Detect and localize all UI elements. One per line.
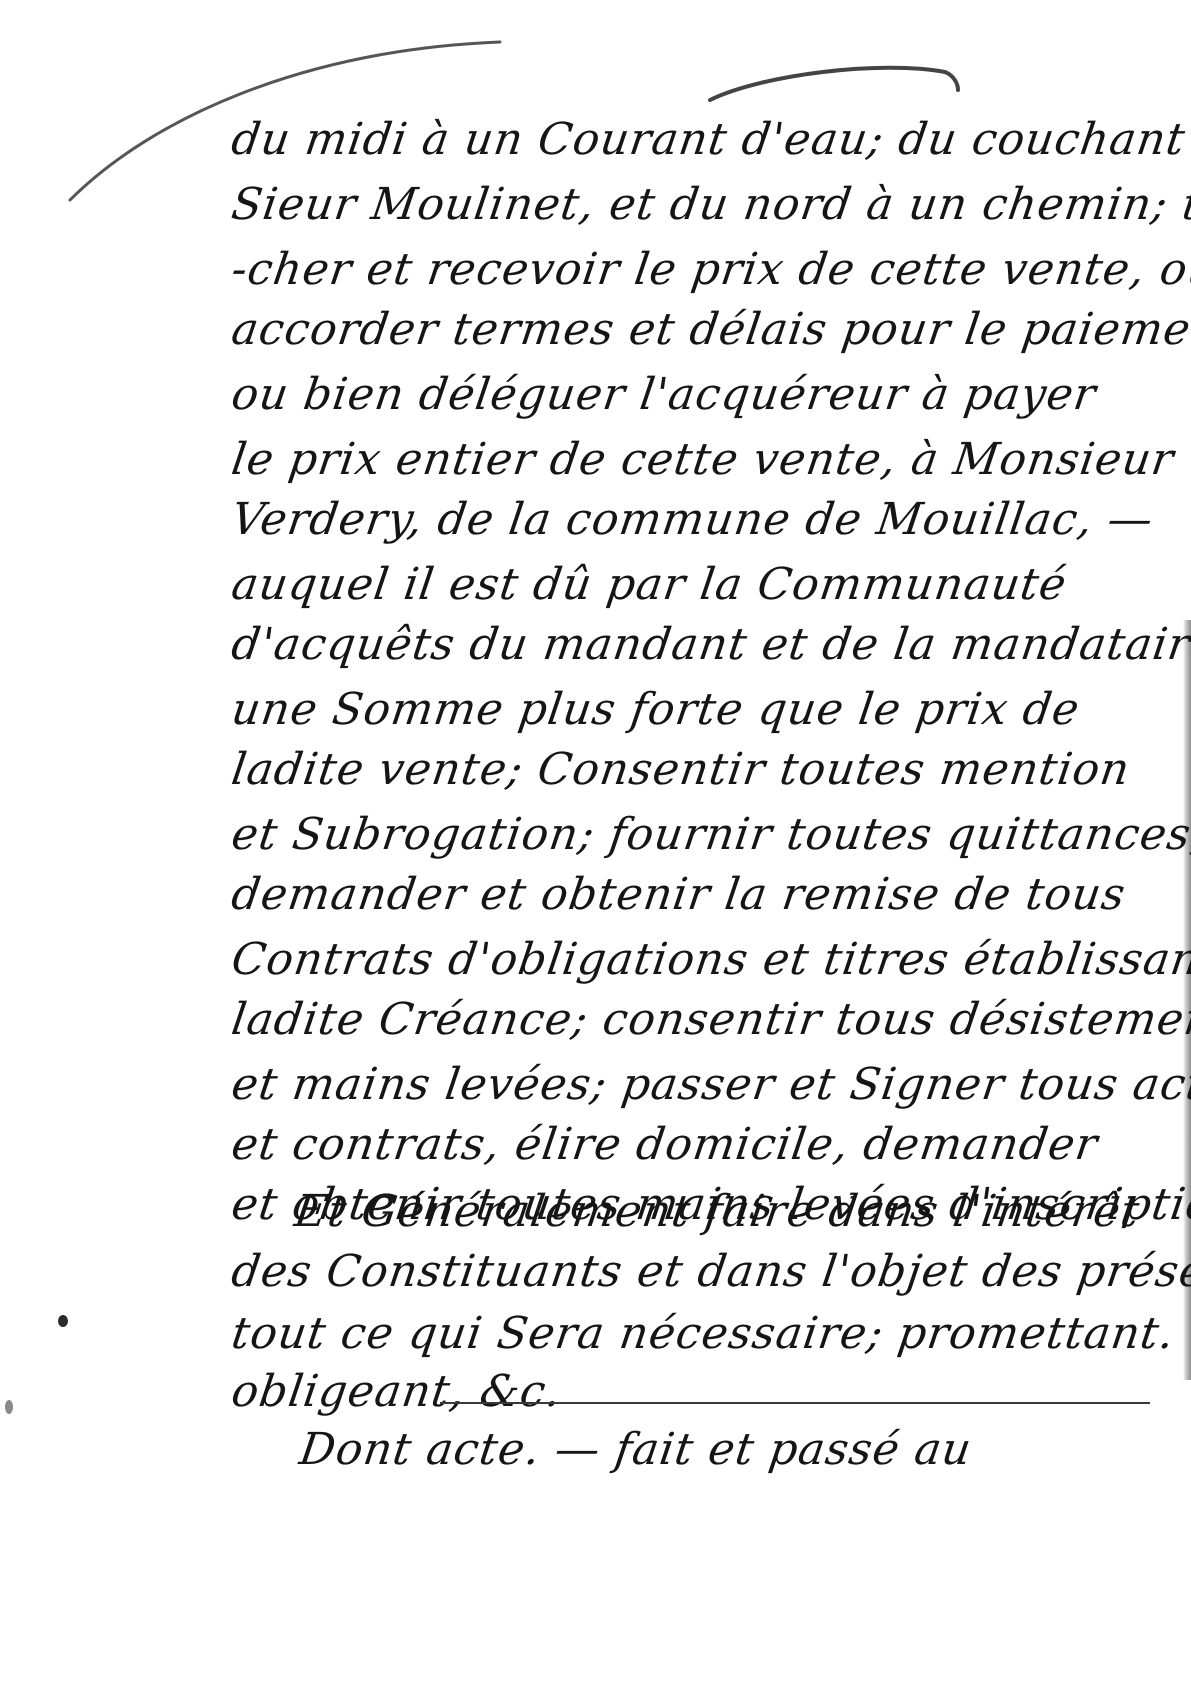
text-line: et contrats, élire domicile, demander	[229, 1123, 1101, 1167]
text-line: -cher et recevoir le prix de cette vente…	[229, 248, 1191, 292]
text-line: Sieur Moulinet, et du nord à un chemin; …	[229, 183, 1191, 227]
text-line: ladite vente; Consentir toutes mention	[229, 748, 1133, 792]
ink-spot	[5, 1400, 13, 1414]
text-line: accorder termes et délais pour le paieme…	[229, 308, 1191, 352]
text-line: d'acquêts du mandant et de la mandataire…	[229, 623, 1191, 667]
text-line: des Constituants et dans l'objet des pré…	[229, 1250, 1191, 1294]
text-line: et mains levées; passer et Signer tous a…	[229, 1063, 1191, 1107]
text-line: Et Généralement faire dans l'intérêt	[292, 1190, 1143, 1234]
text-line: du midi à un Courant d'eau; du couchant …	[229, 118, 1191, 162]
text-line: ladite Créance; consentir tous désisteme…	[229, 998, 1191, 1042]
manuscript-page: du midi à un Courant d'eau; du couchant …	[0, 0, 1191, 1683]
text-line: demander et obtenir la remise de tous	[229, 873, 1128, 917]
text-line: Contrats d'obligations et titres établis…	[229, 938, 1191, 982]
text-line: Verdery, de la commune de Mouillac, —	[229, 498, 1156, 542]
text-line: auquel il est dû par la Communauté	[229, 563, 1070, 607]
text-line: obligeant, &c.	[229, 1370, 564, 1414]
text-line: le prix entier de cette vente, à Monsieu…	[229, 438, 1177, 482]
text-line: ou bien déléguer l'acquéreur à payer	[229, 373, 1099, 417]
ink-spot	[58, 1315, 68, 1327]
text-line: et Subrogation; fournir toutes quittance…	[229, 813, 1191, 857]
text-line: Dont acte. — fait et passé au	[297, 1428, 975, 1472]
closing-rule	[440, 1402, 1150, 1404]
text-line: une Somme plus forte que le prix de	[229, 688, 1083, 732]
text-line: tout ce qui Sera nécessaire; promettant.	[229, 1312, 1177, 1356]
